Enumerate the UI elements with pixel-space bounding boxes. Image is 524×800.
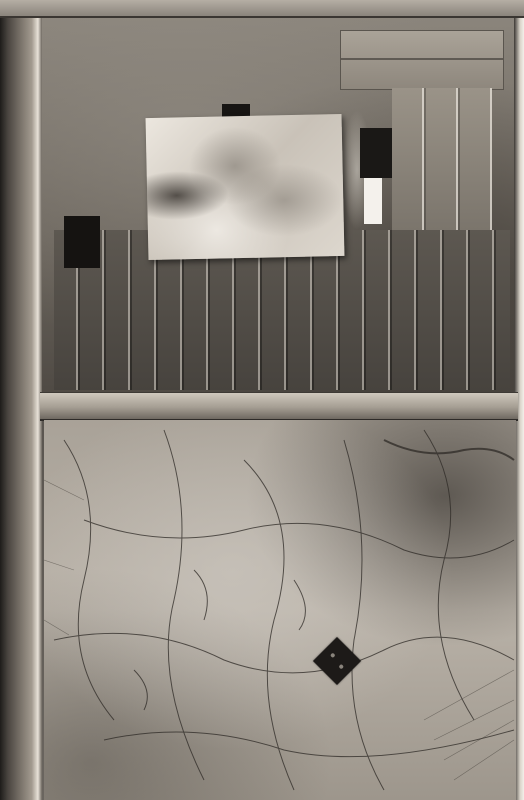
top-right-board [340,30,504,90]
left-frame-post [8,14,42,800]
dark-metal-block [360,128,392,178]
crumpled-paper [146,114,345,260]
photograph [0,0,524,800]
white-paper-strip [364,178,382,224]
middle-wood-rail [40,392,518,421]
right-beadboard [392,88,492,230]
top-frame-rail [0,0,524,18]
dark-metal-block-left [64,216,100,268]
screw-icon [330,653,336,659]
cracked-plaster-panel [44,420,516,800]
crack-lines [44,420,516,800]
screw-icon [338,664,344,670]
